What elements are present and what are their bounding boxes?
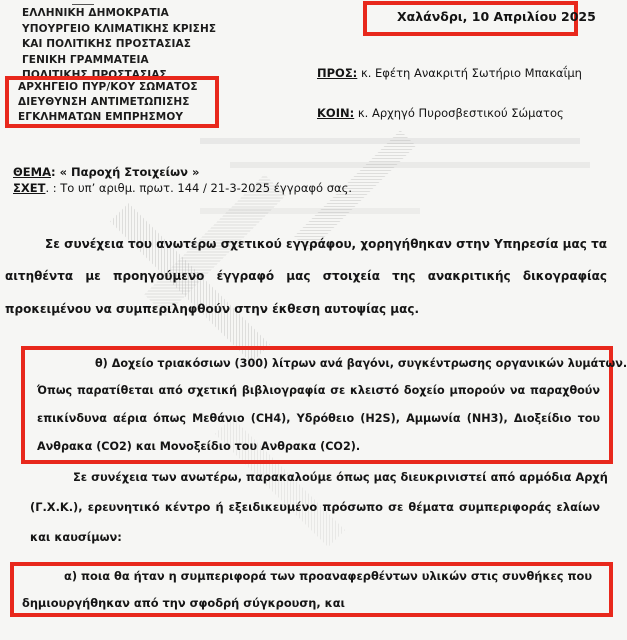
bleed-through-text <box>200 208 420 214</box>
request-line: και καυσίμων: <box>30 530 122 544</box>
bleed-through-text <box>200 138 580 144</box>
department-line: ΕΓΚΛΗΜΑΤΩΝ ΕΜΠΡΗΣΜΟΥ <box>18 110 198 125</box>
subject-label: ΘΕΜΑ <box>13 165 51 179</box>
item-alpha-line: δημιουργήθηκαν από την σφοδρή σύγκρουση,… <box>22 596 345 610</box>
header-line: ΓΕΝΙΚΗ ΓΡΑΜΜΑΤΕΙΑ <box>22 53 216 69</box>
recipient-to: ΠΡΟΣ: κ. Εφέτη Ανακριτή Σωτήριο Μπακαΐμη <box>317 66 582 80</box>
intro-line: αιτηθέντα με προηγούμενο έγγραφό μας στο… <box>5 269 607 283</box>
cc-label: ΚΟΙΝ: <box>317 106 354 120</box>
to-value: κ. Εφέτη Ανακριτή Σωτήριο Μπακαΐμη <box>361 66 582 80</box>
department-line: ΑΡΧΗΓΕΙΟ ΠΥΡ/ΚΟΥ ΣΩΜΑΤΟΣ <box>18 80 198 95</box>
request-line: Σε συνέχεια των ανωτέρω, παρακαλούμε όπω… <box>73 470 608 484</box>
recipient-cc: ΚΟΙΝ: κ. Αρχηγό Πυροσβεστικού Σώματος <box>317 106 564 120</box>
request-line: (Γ.Χ.Κ.), ερευνητικό κέντρο ή εξειδικευμ… <box>30 500 600 514</box>
reference-line: ΣΧΕΤ. : Το υπ’ αριθμ. πρωτ. 144 / 21-3-2… <box>13 181 352 195</box>
bleed-through-text <box>230 162 590 168</box>
header-line: ΚΑΙ ΠΟΛΙΤΙΚΗΣ ΠΡΟΣΤΑΣΙΑΣ <box>22 37 216 53</box>
header-department: ΑΡΧΗΓΕΙΟ ΠΥΡ/ΚΟΥ ΣΩΜΑΤΟΣ ΔΙΕΥΘΥΝΣΗ ΑΝΤΙΜ… <box>18 80 198 125</box>
subject-value: : « Παροχή Στοιχείων » <box>51 165 199 179</box>
item-alpha-line: α) ποια θα ήταν η συμπεριφορά των προανα… <box>64 569 592 583</box>
reference-value: . : Το υπ’ αριθμ. πρωτ. 144 / 21-3-2025 … <box>45 181 352 195</box>
document-date: Χαλάνδρι, 10 Απριλίου 2025 <box>397 9 596 24</box>
item-theta-line: Ανθρακα (CO2) και Μονοξείδιο του Ανθρακα… <box>37 440 360 453</box>
emblem-icon <box>72 0 94 5</box>
header-line: ΕΛΛΗΝΙΚΗ ΔΗΜΟΚΡΑΤΙΑ <box>22 6 216 22</box>
reference-label: ΣΧΕΤ <box>13 181 45 195</box>
watermark-stroke <box>110 203 270 363</box>
subject-line: ΘΕΜΑ: « Παροχή Στοιχείων » <box>13 165 199 179</box>
item-theta-line: επικίνδυνα αέρια όπως Μεθάνιο (CH4), Υδρ… <box>37 412 600 425</box>
intro-line: προκειμένου να συμπεριληφθούν στην έκθεσ… <box>5 302 419 316</box>
header-line: ΥΠΟΥΡΓΕΙΟ ΚΛΙΜΑΤΙΚΗΣ ΚΡΙΣΗΣ <box>22 22 216 38</box>
header-authority: ΕΛΛΗΝΙΚΗ ΔΗΜΟΚΡΑΤΙΑ ΥΠΟΥΡΓΕΙΟ ΚΛΙΜΑΤΙΚΗΣ… <box>22 6 216 78</box>
item-theta-line: θ) Δοχείο τριακόσιων (300) λίτρων ανά βα… <box>95 357 627 370</box>
document-page: ΕΛΛΗΝΙΚΗ ΔΗΜΟΚΡΑΤΙΑ ΥΠΟΥΡΓΕΙΟ ΚΛΙΜΑΤΙΚΗΣ… <box>0 0 627 640</box>
intro-line: Σε συνέχεια του ανωτέρω σχετικού εγγράφο… <box>45 237 607 251</box>
department-line: ΔΙΕΥΘΥΝΣΗ ΑΝΤΙΜΕΤΩΠΙΣΗΣ <box>18 95 198 110</box>
to-label: ΠΡΟΣ: <box>317 66 357 80</box>
item-theta-line: Όπως παρατίθεται από σχετική βιβλιογραφί… <box>37 384 600 397</box>
cc-value: κ. Αρχηγό Πυροσβεστικού Σώματος <box>358 106 564 120</box>
